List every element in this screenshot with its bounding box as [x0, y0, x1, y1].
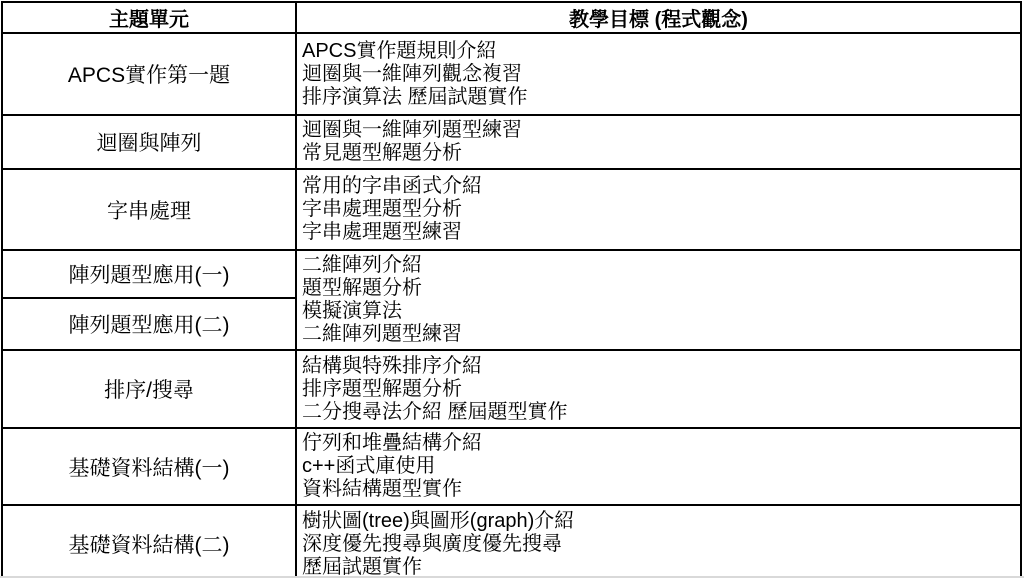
curriculum-table: 主題單元 教學目標 (程式觀念) APCS實作第一題 APCS實作題規則介紹 迴…	[1, 1, 1022, 578]
objective-line: 迴圈與一維陣列題型練習	[302, 119, 1018, 142]
objective-line: 資料結構題型實作	[302, 478, 1018, 501]
objective-line: 排序演算法 歷屆試題實作	[302, 86, 1018, 109]
topic-cell-array-applications-2: 陣列題型應用(二)	[2, 298, 296, 350]
table-row: 迴圈與陣列 迴圈與一維陣列題型練習 常見題型解題分析	[2, 115, 1021, 169]
table-row: APCS實作第一題 APCS實作題規則介紹 迴圈與一維陣列觀念複習 排序演算法 …	[2, 33, 1021, 115]
objectives-cell: 結構與特殊排序介紹 排序題型解題分析 二分搜尋法介紹 歷屆題型實作	[296, 350, 1021, 428]
topic-cell-data-structures-1: 基礎資料結構(一)	[2, 428, 296, 505]
objectives-cell: APCS實作題規則介紹 迴圈與一維陣列觀念複習 排序演算法 歷屆試題實作	[296, 33, 1021, 115]
objective-line: 樹狀圖(tree)與圖形(graph)介紹	[302, 510, 1018, 533]
topic-column-header: 主題單元	[2, 2, 296, 33]
objectives-column-header: 教學目標 (程式觀念)	[296, 2, 1021, 33]
objectives-cell-merged: 二維陣列介紹 題型解題分析 模擬演算法 二維陣列題型練習	[296, 250, 1021, 350]
objective-line: 常見題型解題分析	[302, 142, 1018, 165]
objectives-cell: 常用的字串函式介紹 字串處理題型分析 字串處理題型練習	[296, 169, 1021, 250]
topic-cell-strings: 字串處理	[2, 169, 296, 250]
objectives-cell: 樹狀圖(tree)與圖形(graph)介紹 深度優先搜尋與廣度優先搜尋 歷屆試題…	[296, 505, 1021, 578]
topic-cell-data-structures-2: 基礎資料結構(二)	[2, 505, 296, 578]
topic-cell-loops-arrays: 迴圈與陣列	[2, 115, 296, 169]
objective-line: 歷屆試題實作	[302, 556, 1018, 578]
objective-line: 模擬演算法	[302, 300, 1018, 323]
objective-line: 二維陣列介紹	[302, 254, 1018, 277]
objective-line: 字串處理題型練習	[302, 221, 1018, 244]
objective-line: 迴圈與一維陣列觀念複習	[302, 63, 1018, 86]
header-row: 主題單元 教學目標 (程式觀念)	[2, 2, 1021, 33]
objective-line: 二分搜尋法介紹 歷屆題型實作	[302, 401, 1018, 424]
objective-line: 常用的字串函式介紹	[302, 175, 1018, 198]
objective-line: 排序題型解題分析	[302, 378, 1018, 401]
objective-line: 結構與特殊排序介紹	[302, 355, 1018, 378]
topic-cell-array-applications-1: 陣列題型應用(一)	[2, 250, 296, 298]
objective-line: 字串處理題型分析	[302, 198, 1018, 221]
objectives-cell: 迴圈與一維陣列題型練習 常見題型解題分析	[296, 115, 1021, 169]
topic-cell-apcs-first: APCS實作第一題	[2, 33, 296, 115]
objectives-cell: 佇列和堆疊結構介紹 c++函式庫使用 資料結構題型實作	[296, 428, 1021, 505]
objective-line: 佇列和堆疊結構介紹	[302, 432, 1018, 455]
topic-cell-sort-search: 排序/搜尋	[2, 350, 296, 428]
objective-line: 二維陣列題型練習	[302, 323, 1018, 346]
table-row: 基礎資料結構(二) 樹狀圖(tree)與圖形(graph)介紹 深度優先搜尋與廣…	[2, 505, 1021, 578]
objective-line: 題型解題分析	[302, 277, 1018, 300]
objective-line: 深度優先搜尋與廣度優先搜尋	[302, 533, 1018, 556]
table-row: 基礎資料結構(一) 佇列和堆疊結構介紹 c++函式庫使用 資料結構題型實作	[2, 428, 1021, 505]
table-row: 字串處理 常用的字串函式介紹 字串處理題型分析 字串處理題型練習	[2, 169, 1021, 250]
objective-line: APCS實作題規則介紹	[302, 40, 1018, 63]
table-row: 排序/搜尋 結構與特殊排序介紹 排序題型解題分析 二分搜尋法介紹 歷屆題型實作	[2, 350, 1021, 428]
table-row: 陣列題型應用(一) 二維陣列介紹 題型解題分析 模擬演算法 二維陣列題型練習	[2, 250, 1021, 298]
objective-line: c++函式庫使用	[302, 455, 1018, 478]
